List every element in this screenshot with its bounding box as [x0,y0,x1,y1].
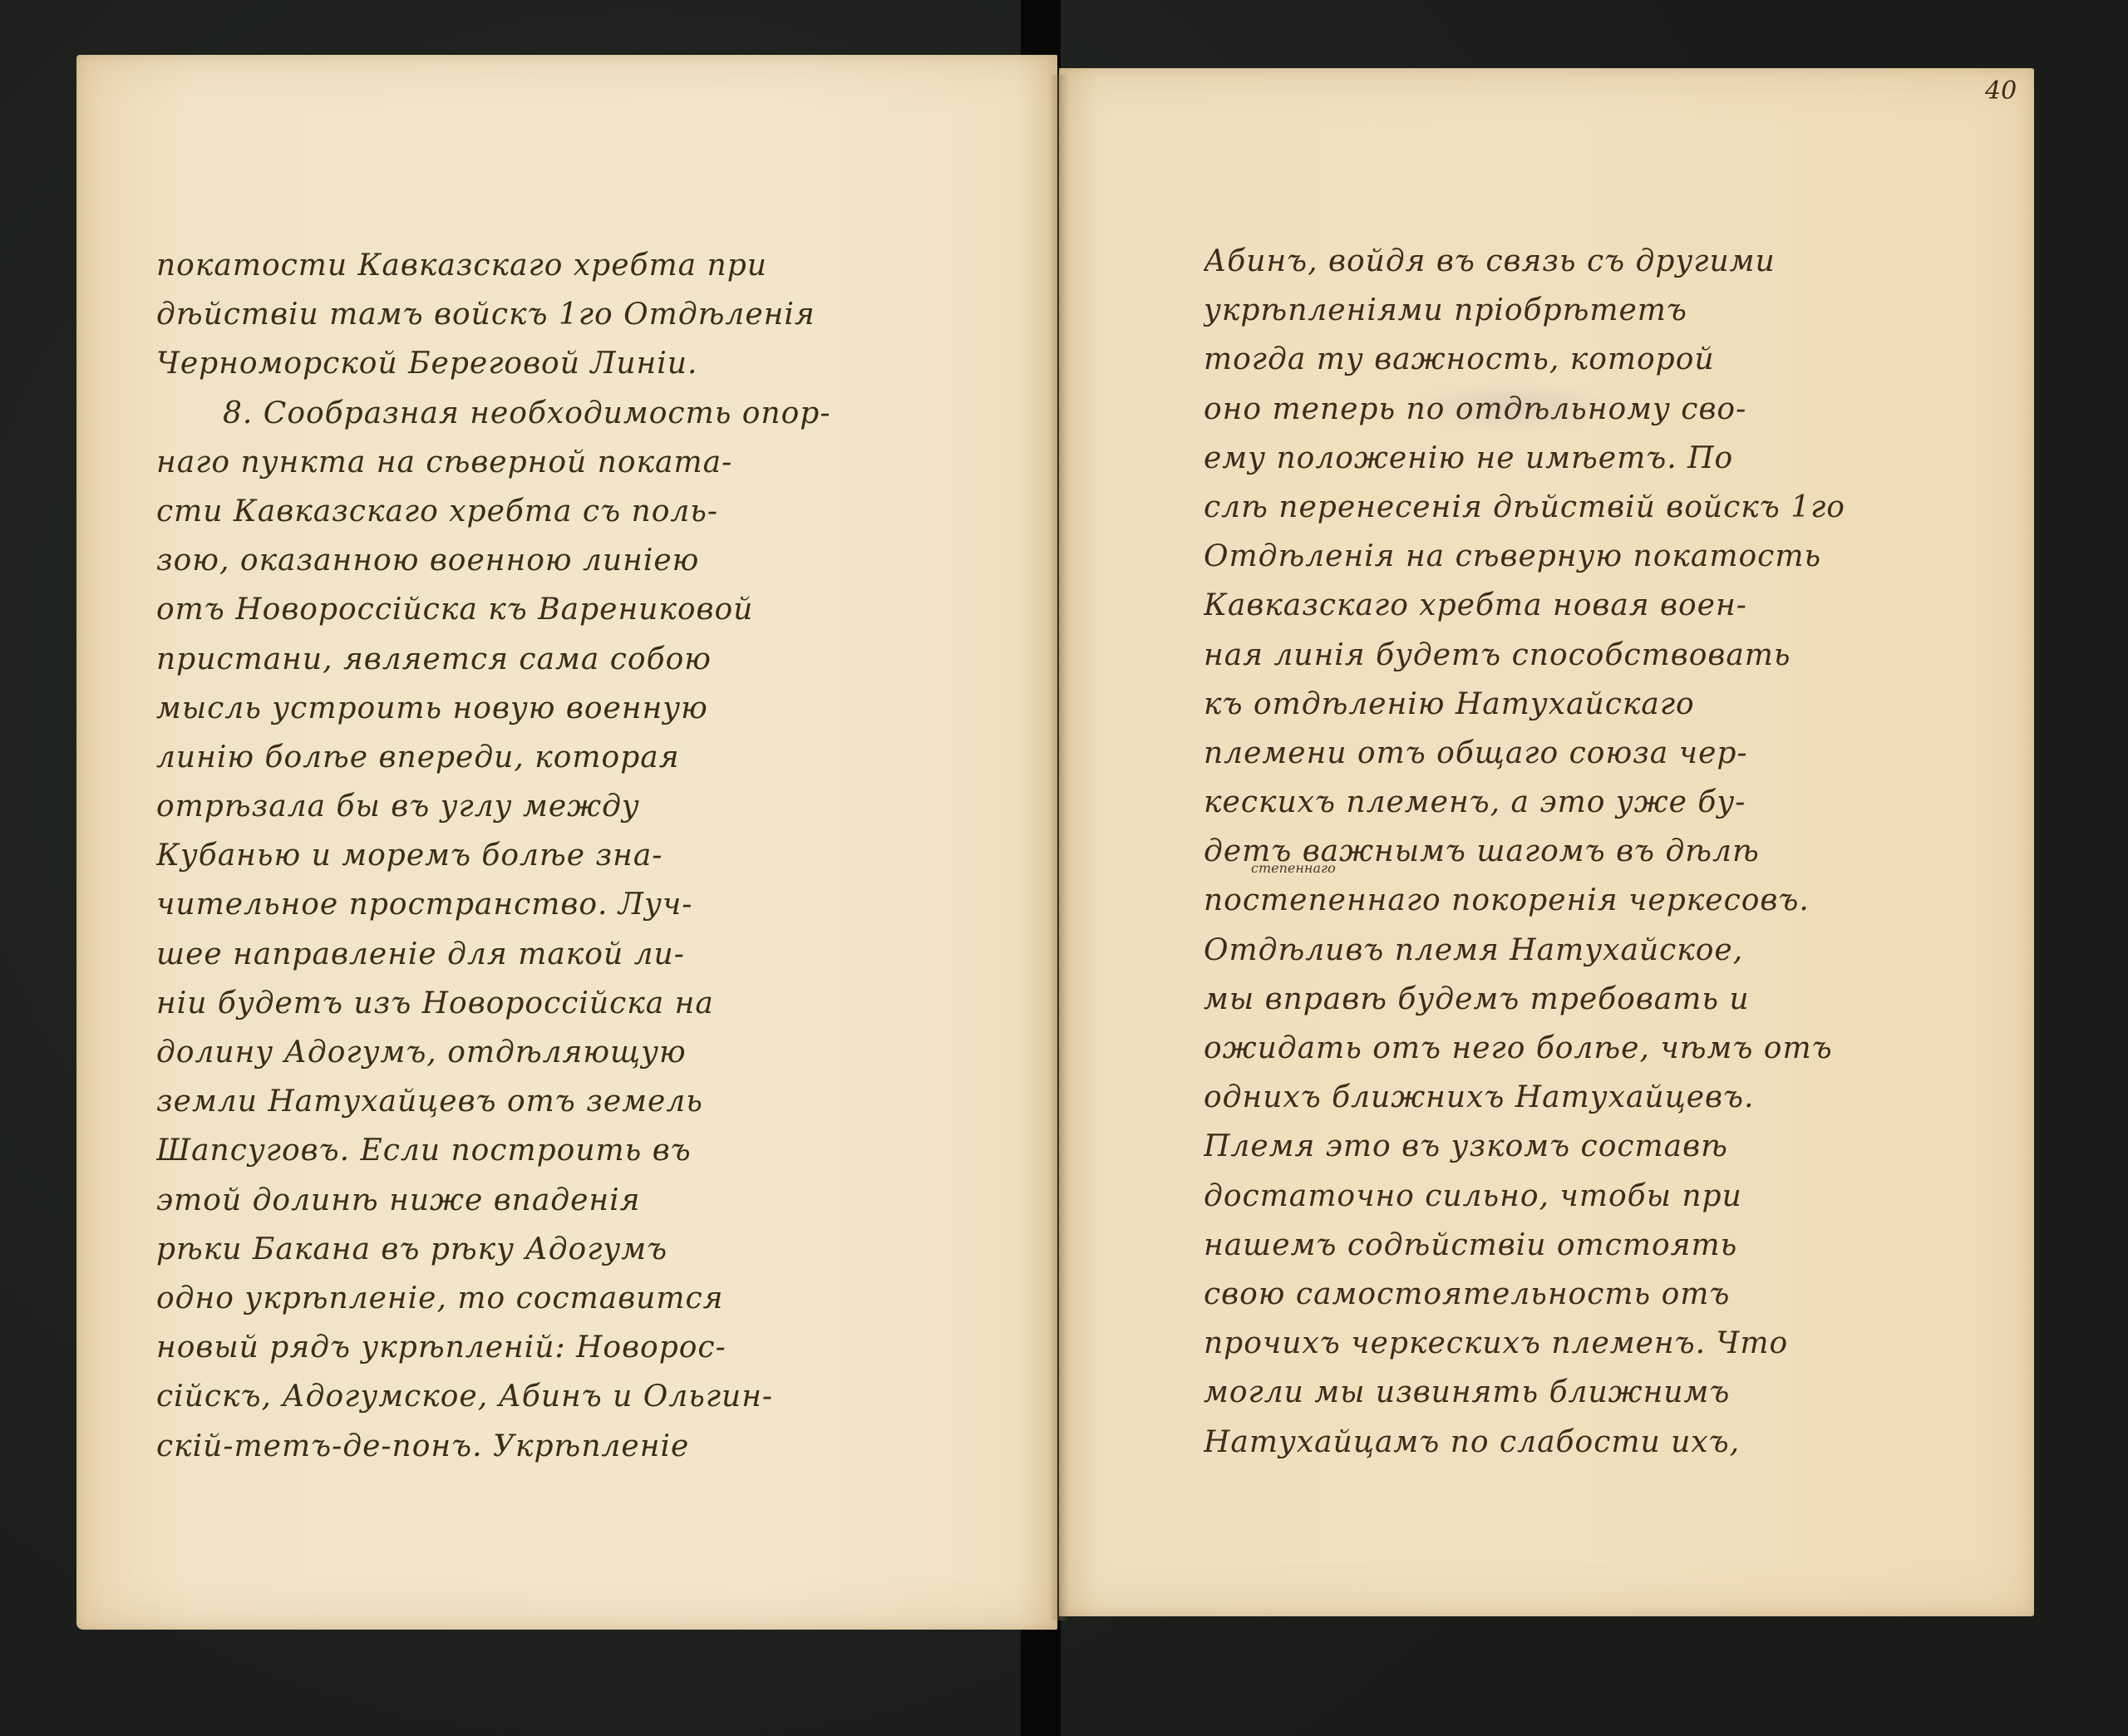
text-line: свою самостоятельность отъ [1204,1270,2027,1319]
text-line: мысль устроить новую военную [156,684,1062,733]
text-line: постепеннаго покоренія черкесовъ. [1204,876,2027,925]
text-line: линію болѣе впереди, которая [156,733,1062,782]
text-line: могли мы извинять ближнимъ [1204,1368,2027,1417]
text-line: ожидать отъ него болѣе, чѣмъ отъ [1204,1024,2027,1073]
text-line: Натухайцамъ по слабости ихъ, [1204,1418,2027,1467]
text-line: чительное пространство. Луч- [156,880,1062,929]
text-line: Абинъ, войдя въ связь съ другими [1204,237,2027,286]
text-line: скій-тетъ-де-понъ. Укрѣпленіе [156,1422,1062,1471]
text-line: покатости Кавказскаго хребта при [156,241,1062,290]
text-line: новый рядъ укрѣпленій: Новорос- [156,1323,1062,1372]
text-line: зою, оказанною военною линіею [156,536,1062,585]
text-line: ная линія будетъ способствовать [1204,631,2027,680]
text-line: Племя это въ узкомъ составѣ [1204,1122,2027,1171]
text-line: Кубанью и моремъ болѣе зна- [156,831,1062,880]
text-line: ему положенію не имѣетъ. По [1204,434,2027,483]
text-line: этой долинѣ ниже впаденія [156,1176,1062,1225]
interlinear-correction: степеннаго [1251,860,1336,876]
text-line: долину Адогумъ, отдѣляющую [156,1028,1062,1077]
text-line: ніи будетъ изъ Новороссійска на [156,979,1062,1028]
paragraph-start-line: 8. Сообразная необходимость опор- [156,389,1062,438]
page-number: 40 [1985,76,2017,106]
text-line: слѣ перенесенія дѣйствій войскъ 1го [1204,483,2027,532]
text-line: шее направленіе для такой ли- [156,930,1062,979]
text-line: достаточно сильно, чтобы при [1204,1172,2027,1221]
text-line: пристани, является сама собою [156,635,1062,684]
text-line: рѣки Бакана въ рѣку Адогумъ [156,1225,1062,1274]
text-line: сти Кавказскаго хребта съ поль- [156,487,1062,536]
text-line: тогда ту важность, которой [1204,335,2027,384]
text-line: Шапсуговъ. Если построить въ [156,1126,1062,1175]
text-line: нашемъ содѣйствіи отстоять [1204,1221,2027,1270]
text-line: мы вправѣ будемъ требовать и [1204,975,2027,1024]
text-line: прочихъ черкескихъ племенъ. Что [1204,1319,2027,1368]
text-line: Кавказскаго хребта новая воен- [1204,581,2027,630]
left-page-text: покатости Кавказскаго хребта при дѣйстві… [156,241,1062,1471]
text-line: земли Натухайцевъ отъ земель [156,1077,1062,1126]
text-line: укрѣпленіями пріобрѣтетъ [1204,286,2027,335]
text-line: къ отдѣленію Натухайскаго [1204,680,2027,729]
text-line: отъ Новороссійска къ Варениковой [156,585,1062,634]
right-page-text: Абинъ, войдя въ связь съ другими укрѣпле… [1204,237,2027,1467]
text-line: Отдѣливъ племя Натухайское, [1204,926,2027,975]
text-line: племени отъ общаго союза чер- [1204,729,2027,778]
text-line: Черноморской Береговой Линіи. [156,339,1062,388]
text-line: одно укрѣпленіе, то составится [156,1274,1062,1323]
text-line: кескихъ племенъ, а это уже бу- [1204,778,2027,827]
text-line: Отдѣленія на сѣверную покатость [1204,532,2027,581]
text-line: оно теперь по отдѣльному сво- [1204,385,2027,434]
text-line: однихъ ближнихъ Натухайцевъ. [1204,1073,2027,1122]
text-line: отрѣзала бы въ углу между [156,782,1062,831]
text-line: сійскъ, Адогумское, Абинъ и Ольгин- [156,1372,1062,1421]
text-line: наго пункта на сѣверной поката- [156,438,1062,487]
text-line: дѣйствіи тамъ войскъ 1го Отдѣленія [156,290,1062,339]
